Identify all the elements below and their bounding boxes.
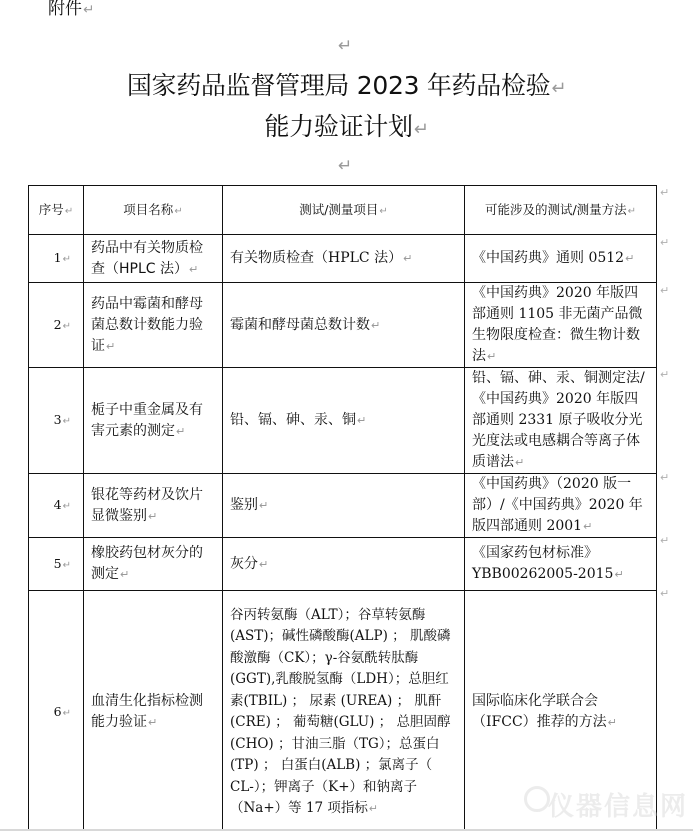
table-row: 2↵ 药品中霉菌和酵母菌总数计数能力验证↵ 霉菌和酵母菌总数计数↵ 《中国药典》… [29,283,657,368]
test-method: 《中国药典》（2020 版一部）/《中国药典》2020 年版四部通则 2001↵ [465,474,657,538]
row-end-mark-icon: ↵ [660,368,669,381]
row-end-mark-icon: ↵ [660,534,669,547]
header-project-name: 项目名称↵ [84,186,223,235]
paragraph-mark-icon: ↵ [65,206,73,217]
test-items: 有关物质检查（HPLC 法）↵ [223,235,465,283]
paragraph-mark-icon: ↵ [338,36,352,56]
paragraph-mark-icon: ↵ [189,263,198,276]
paragraph-mark-icon: ↵ [515,456,524,469]
paragraph-mark-icon: ↵ [148,716,157,729]
title-text: 国家药品监督管理局 2023 年药品检验 [127,71,551,100]
paragraph-mark-icon: ↵ [259,558,268,571]
table-row: 6↵ 血清生化指标检测能力验证↵ 谷丙转氨酶（ALT）；谷草转氨酶(AST)；碱… [29,591,657,831]
test-items: 霉菌和酵母菌总数计数↵ [223,283,465,368]
paragraph-mark-icon: ↵ [83,2,94,18]
row-end-mark-icon: ↵ [660,236,669,249]
paragraph-mark-icon: ↵ [63,416,71,427]
attachment-label: 附件↵ [48,0,94,20]
paragraph-mark-icon: ↵ [414,119,429,140]
row-number: 3↵ [29,368,84,474]
paragraph-mark-icon: ↵ [174,206,182,217]
test-items: 铅、镉、砷、汞、铜↵ [223,368,465,474]
proficiency-plan-table: 序号↵ 项目名称↵ 测试/测量项目↵ 可能涉及的测试/测量方法↵ 1↵ 药品中有… [28,185,657,831]
paragraph-mark-icon: ↵ [614,568,623,581]
paragraph-mark-icon: ↵ [106,340,115,353]
paragraph-mark-icon: ↵ [369,802,378,815]
paragraph-mark-icon: ↵ [403,252,412,265]
paragraph-mark-icon: ↵ [176,425,185,438]
paragraph-mark-icon: ↵ [63,254,71,265]
paragraph-mark-icon: ↵ [371,319,380,332]
test-items: 灰分↵ [223,538,465,591]
project-name: 血清生化指标检测能力验证↵ [84,591,223,831]
project-name: 药品中霉菌和酵母菌总数计数能力验证↵ [84,283,223,368]
document-title-line-2: 能力验证计划↵ [0,109,693,148]
test-method: 《国家药包材标准》YBB00262005-2015↵ [465,538,657,591]
paragraph-mark-icon: ↵ [625,252,634,265]
row-end-mark-icon: ↵ [660,186,669,199]
paragraph-mark-icon: ↵ [338,156,352,176]
table-row: 3↵ 栀子中重金属及有害元素的测定↵ 铅、镉、砷、汞、铜↵ 铅、镉、砷、汞、铜测… [29,368,657,474]
paragraph-mark-icon: ↵ [120,568,129,581]
paragraph-mark-icon: ↵ [608,716,617,729]
paragraph-mark-icon: ↵ [63,501,71,512]
title-text: 能力验证计划 [265,112,413,141]
paragraph-mark-icon: ↵ [148,510,157,523]
project-name: 银花等药材及饮片显微鉴别↵ [84,474,223,538]
header-test-items: 测试/测量项目↵ [223,186,465,235]
paragraph-mark-icon: ↵ [63,708,71,719]
row-end-mark-icon: ↵ [660,587,669,600]
project-name: 橡胶药包材灰分的测定↵ [84,538,223,591]
document-page: 附件↵ ↵ 国家药品监督管理局 2023 年药品检验↵ 能力验证计划↵ ↵ 序号… [0,0,693,831]
test-items: 谷丙转氨酶（ALT）；谷草转氨酶(AST)；碱性磷酸酶(ALP) ； 肌酸磷酸激… [223,591,465,831]
table-row: 4↵ 银花等药材及饮片显微鉴别↵ 鉴别↵ 《中国药典》（2020 版一部）/《中… [29,474,657,538]
row-number: 2↵ [29,283,84,368]
test-method: 《中国药典》通则 0512↵ [465,235,657,283]
project-name: 栀子中重金属及有害元素的测定↵ [84,368,223,474]
paragraph-mark-icon: ↵ [357,414,366,427]
test-method: 《中国药典》2020 年版四部通则 1105 非无菌产品微生物限度检查：微生物计… [465,283,657,368]
paragraph-mark-icon: ↵ [379,206,387,217]
row-number: 6↵ [29,591,84,831]
paragraph-mark-icon: ↵ [63,560,71,571]
table-row: 5↵ 橡胶药包材灰分的测定↵ 灰分↵ 《国家药包材标准》YBB00262005-… [29,538,657,591]
paragraph-mark-icon: ↵ [63,321,71,332]
paragraph-mark-icon: ↵ [551,78,566,99]
paragraph-mark-icon: ↵ [487,350,496,363]
header-methods: 可能涉及的测试/测量方法↵ [465,186,657,235]
table-row: 1↵ 药品中有关物质检查（HPLC 法）↵ 有关物质检查（HPLC 法）↵ 《中… [29,235,657,283]
row-end-mark-icon: ↵ [660,471,669,484]
row-number: 1↵ [29,235,84,283]
paragraph-mark-icon: ↵ [628,206,636,217]
test-method: 国际临床化学联合会（IFCC）推荐的方法↵ [465,591,657,831]
test-items: 鉴别↵ [223,474,465,538]
header-no: 序号↵ [29,186,84,235]
paragraph-mark-icon: ↵ [259,499,268,512]
row-end-mark-icon: ↵ [660,284,669,297]
paragraph-mark-icon: ↵ [583,520,592,533]
document-title-line-1: 国家药品监督管理局 2023 年药品检验↵ [0,68,693,107]
test-method: 铅、镉、砷、汞、铜测定法/《中国药典》2020 年版四部通则 2331 原子吸收… [465,368,657,474]
row-number: 4↵ [29,474,84,538]
project-name: 药品中有关物质检查（HPLC 法）↵ [84,235,223,283]
attachment-text: 附件 [48,0,82,19]
table-header-row: 序号↵ 项目名称↵ 测试/测量项目↵ 可能涉及的测试/测量方法↵ [29,186,657,235]
watermark-logo-icon [524,786,550,812]
row-number: 5↵ [29,538,84,591]
